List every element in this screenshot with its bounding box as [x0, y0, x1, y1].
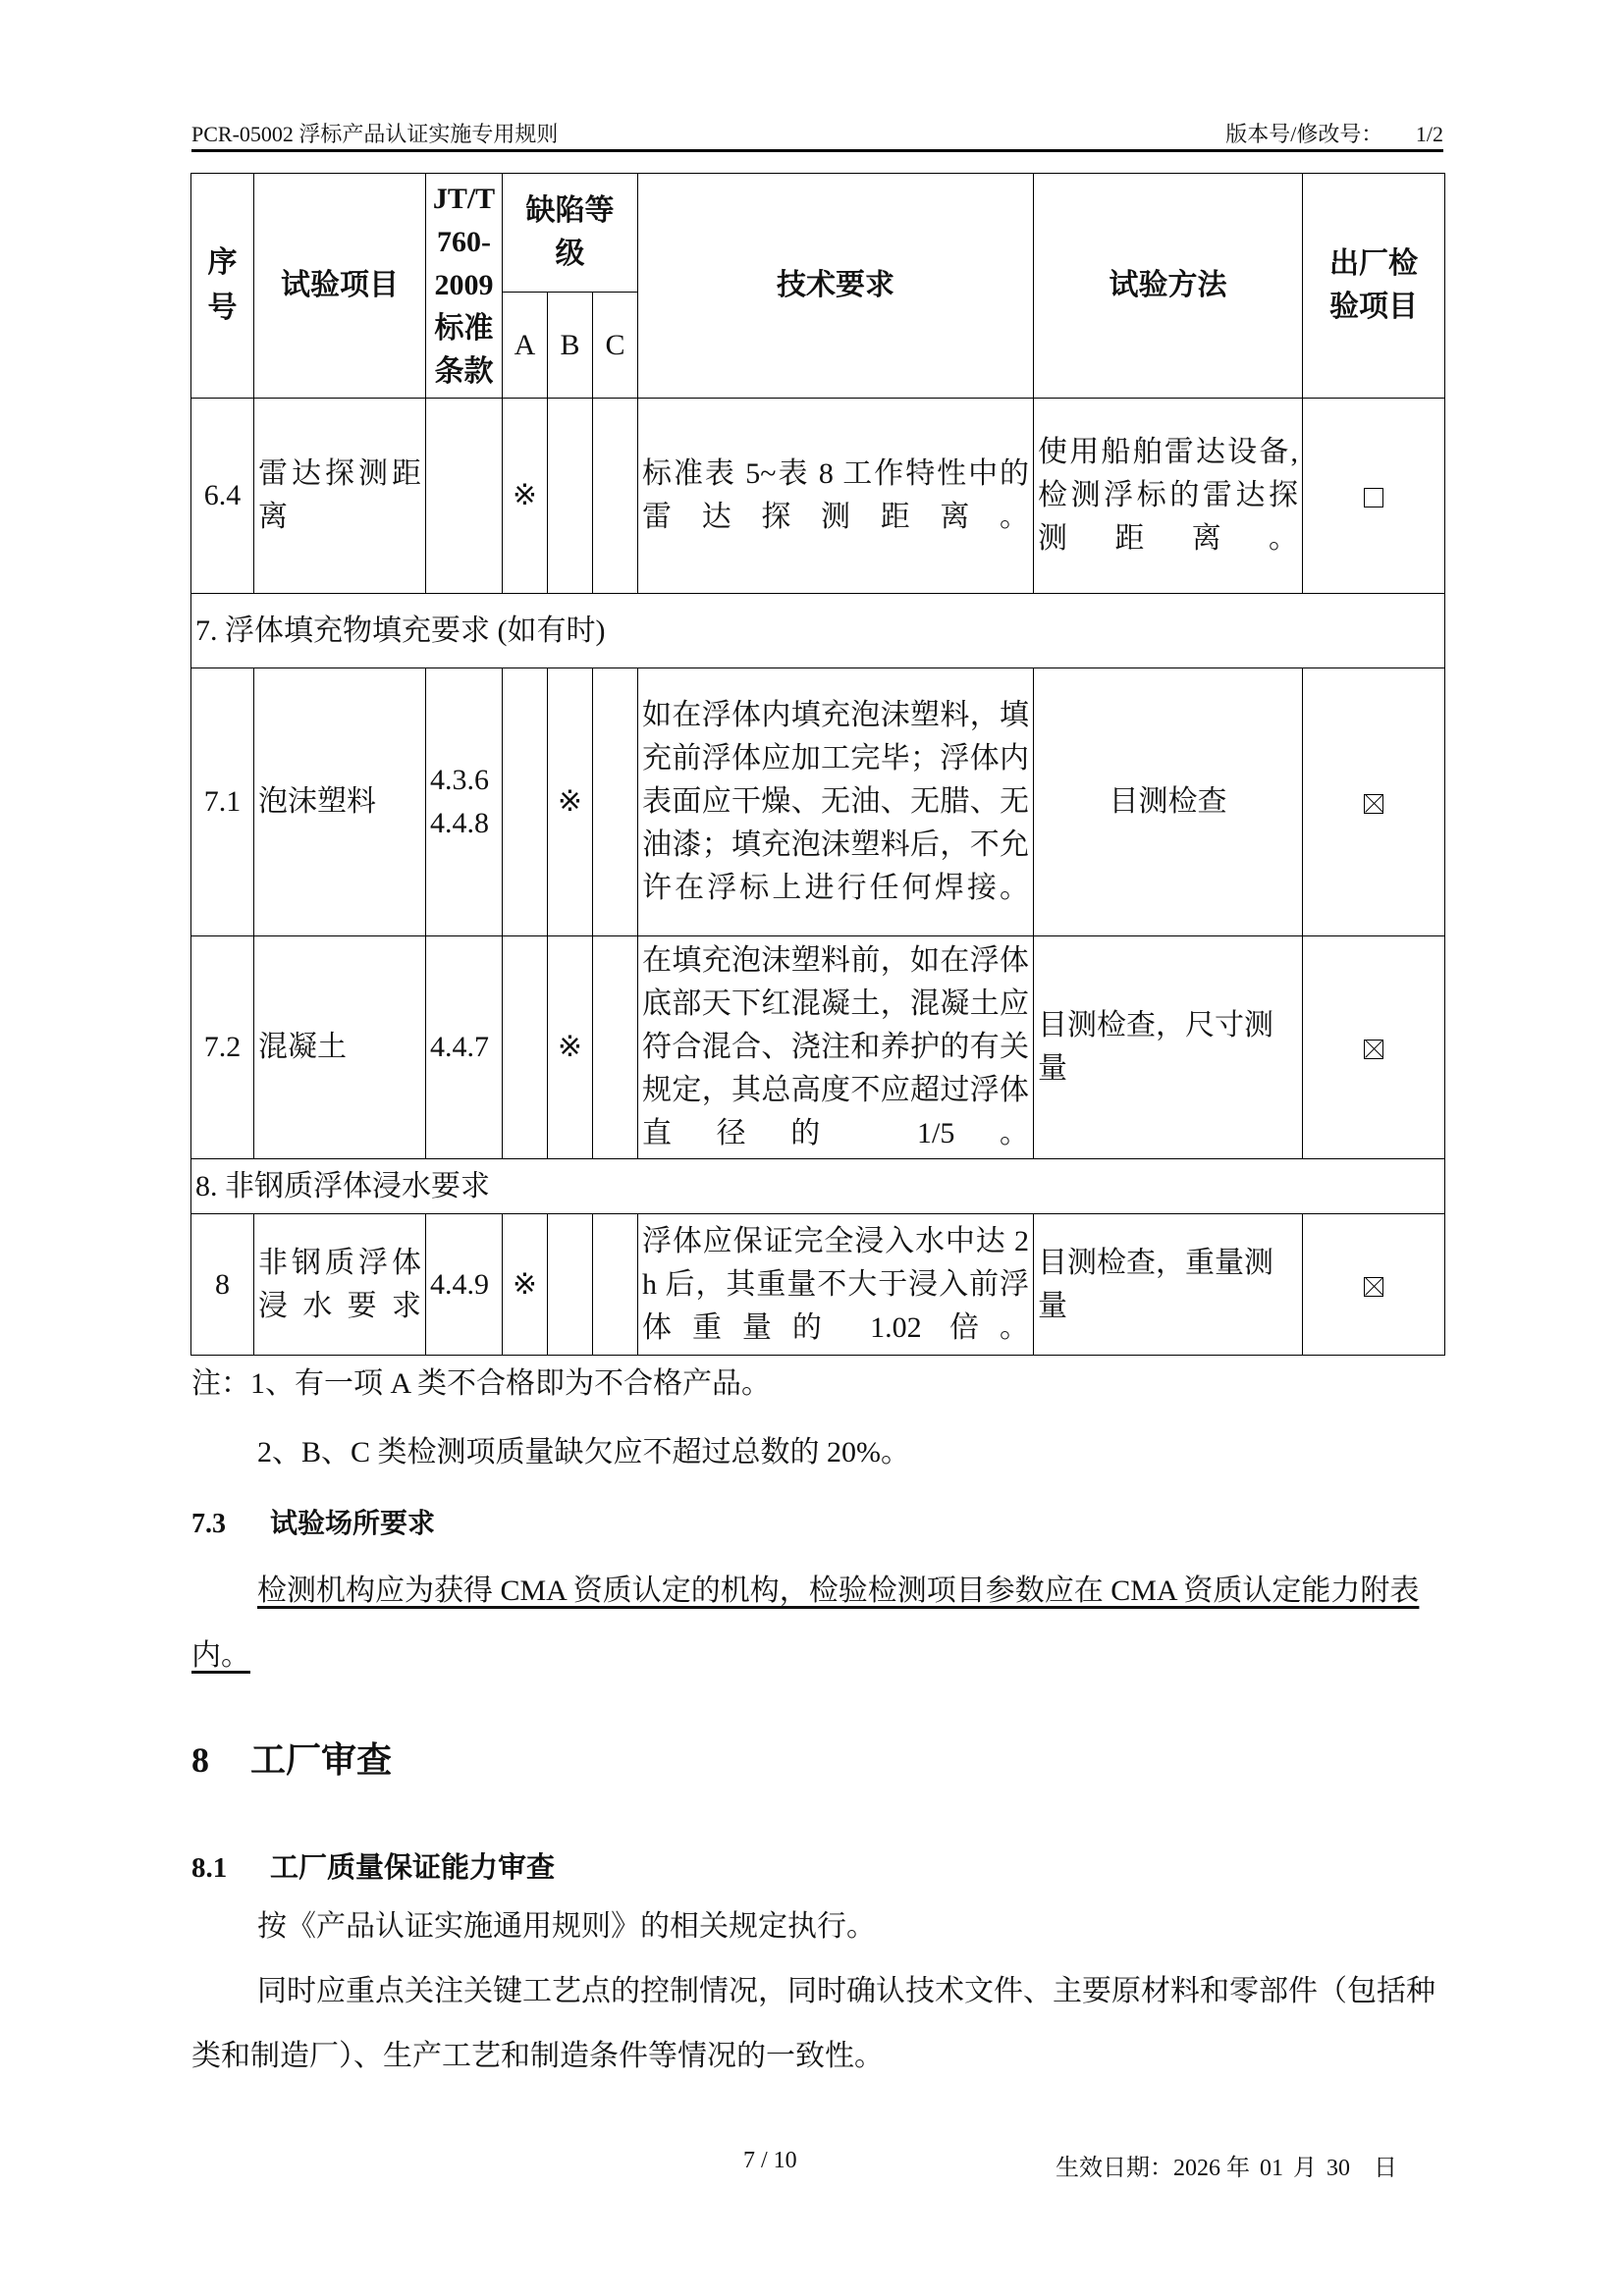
- section-8-1-heading: 8.1工厂质量保证能力审查: [191, 1845, 555, 1886]
- effective-label: 生效日期：: [1056, 2156, 1173, 2181]
- row-tech: 如在浮体内填充泡沫塑料，填充前浮体应加工完毕；浮体内表面应干燥、无油、无腊、无油…: [638, 668, 1034, 936]
- table-row: 7.2 混凝土 4.4.7 ※ 在填充泡沫塑料前，如在浮体底部天下红混凝土，混凝…: [191, 936, 1445, 1159]
- col-method: 试验方法: [1034, 174, 1303, 399]
- section-7-label: 7. 浮体填充物填充要求 (如有时): [191, 594, 1445, 668]
- table-row: 6.4 雷达探测距离 ※ 标准表 5~表 8 工作特性中的雷达探测距离。 使用船…: [191, 399, 1445, 594]
- grade-b-mark: ※: [548, 936, 593, 1159]
- col-factory: 出厂检验项目: [1303, 174, 1445, 399]
- section-number: 7.3: [191, 1509, 270, 1540]
- factory-check-cell: [1303, 399, 1445, 594]
- row-method: 目测检查，重量测量: [1034, 1214, 1303, 1356]
- row-method: 目测检查，尺寸测量: [1034, 936, 1303, 1159]
- section-7-3-text: 检测机构应为获得 CMA 资质认定的机构，检验检测项目参数应在 CMA 资质认定…: [191, 1575, 1419, 1672]
- section-title: 试验场所要求: [270, 1507, 435, 1539]
- row-std: 4.4.7: [426, 936, 503, 1159]
- col-grade-c: C: [593, 293, 638, 399]
- grade-b-cell: [548, 1214, 593, 1356]
- table-notes: 注：1、有一项 A 类不合格即为不合格产品。 2、B、C 类检测项质量缺欠应不超…: [191, 1362, 910, 1474]
- col-std: JT/T 760- 2009 标准 条款: [426, 174, 503, 399]
- section-title: 工厂审查: [250, 1740, 392, 1781]
- col-grade-b: B: [548, 293, 593, 399]
- row-std: 4.3.6 4.4.8: [426, 668, 503, 936]
- row-method: 使用船舶雷达设备,检测浮标的雷达探测距离。: [1034, 399, 1303, 594]
- row-tech: 在填充泡沫塑料前，如在浮体底部天下红混凝土，混凝土应符合混合、浇注和养护的有关规…: [638, 936, 1034, 1159]
- effective-date: 生效日期：2026 年 01 月 30 日: [1056, 2148, 1397, 2182]
- grade-a-mark: ※: [503, 1214, 548, 1356]
- section-row: 8. 非钢质浮体浸水要求: [191, 1159, 1445, 1214]
- row-item: 非钢质浮体浸水要求: [254, 1214, 426, 1356]
- note-2: 2、B、C 类检测项质量缺欠应不超过总数的 20%。: [191, 1431, 910, 1474]
- grade-a-cell: [503, 936, 548, 1159]
- unchecked-box-icon: [1364, 488, 1383, 507]
- effective-month: 01: [1260, 2156, 1283, 2181]
- checked-box-icon: [1364, 794, 1383, 814]
- section-title: 工厂质量保证能力审查: [270, 1850, 555, 1884]
- note-1: 注：1、有一项 A 类不合格即为不合格产品。: [191, 1362, 910, 1406]
- row-item: 雷达探测距离: [254, 399, 426, 594]
- row-item: 泡沫塑料: [254, 668, 426, 936]
- section-8-1-p2: 同时应重点关注关键工艺点的控制情况，同时确认技术文件、主要原材料和零部件（包括种…: [191, 1959, 1443, 2089]
- grade-c-cell: [593, 1214, 638, 1356]
- doc-title-text: 浮标产品认证实施专用规则: [298, 122, 558, 146]
- grade-a-cell: [503, 668, 548, 936]
- row-method: 目测检查: [1034, 668, 1303, 936]
- row-seq: 7.1: [191, 668, 254, 936]
- section-row: 7. 浮体填充物填充要求 (如有时): [191, 594, 1445, 668]
- row-seq: 6.4: [191, 399, 254, 594]
- grade-b-cell: [548, 399, 593, 594]
- std-line: 条款: [435, 354, 494, 389]
- doc-title: PCR-05002 浮标产品认证实施专用规则: [191, 118, 558, 148]
- row-std: 4.4.9: [426, 1214, 503, 1356]
- section-8-heading: 8工厂审查: [191, 1733, 392, 1783]
- section-7-3-body: 检测机构应为获得 CMA 资质认定的机构，检验检测项目参数应在 CMA 资质认定…: [191, 1559, 1443, 1688]
- section-number: 8.1: [191, 1852, 270, 1885]
- table-row: 7.1 泡沫塑料 4.3.6 4.4.8 ※ 如在浮体内填充泡沫塑料，填充前浮体…: [191, 668, 1445, 936]
- row-seq: 7.2: [191, 936, 254, 1159]
- inspection-table: 序号 试验项目 JT/T 760- 2009 标准 条款 缺陷等级 技术要求 试…: [190, 173, 1445, 1356]
- checked-box-icon: [1364, 1040, 1383, 1059]
- row-seq: 8: [191, 1214, 254, 1356]
- section-8-label: 8. 非钢质浮体浸水要求: [191, 1159, 1445, 1214]
- doc-code: PCR-05002: [191, 122, 294, 146]
- col-seq: 序号: [191, 174, 254, 399]
- col-defect-grade: 缺陷等级: [503, 174, 638, 293]
- row-item: 混凝土: [254, 936, 426, 1159]
- page-number: 7 / 10: [743, 2148, 797, 2174]
- checked-box-icon: [1364, 1277, 1383, 1297]
- page-header: PCR-05002 浮标产品认证实施专用规则 版本号/修改号： 1/2: [191, 116, 1443, 152]
- col-item: 试验项目: [254, 174, 426, 399]
- section-7-3-heading: 7.3试验场所要求: [191, 1502, 435, 1541]
- effective-day: 30: [1326, 2156, 1350, 2181]
- row-std: [426, 399, 503, 594]
- version-info: 版本号/修改号： 1/2: [1225, 118, 1443, 148]
- grade-c-cell: [593, 936, 638, 1159]
- effective-year: 2026: [1173, 2156, 1220, 2181]
- grade-b-mark: ※: [548, 668, 593, 936]
- factory-check-cell: [1303, 1214, 1445, 1356]
- grade-c-cell: [593, 668, 638, 936]
- table-header-row: 序号 试验项目 JT/T 760- 2009 标准 条款 缺陷等级 技术要求 试…: [191, 174, 1445, 293]
- month-unit: 月: [1293, 2156, 1317, 2181]
- version-label: 版本号/修改号：: [1225, 122, 1382, 146]
- table-row: 8 非钢质浮体浸水要求 4.4.9 ※ 浮体应保证完全浸入水中达 2h 后，其重…: [191, 1214, 1445, 1356]
- std-line: 标准: [435, 311, 494, 346]
- section-8-1-p1: 按《产品认证实施通用规则》的相关规定执行。: [191, 1895, 1443, 1959]
- std-line: JT/T: [433, 183, 495, 215]
- std-line: 760-: [437, 226, 491, 258]
- grade-c-cell: [593, 399, 638, 594]
- factory-check-cell: [1303, 936, 1445, 1159]
- col-grade-a: A: [503, 293, 548, 399]
- grade-a-mark: ※: [503, 399, 548, 594]
- version-value: 1/2: [1416, 122, 1443, 146]
- section-number: 8: [191, 1739, 250, 1781]
- col-tech: 技术要求: [638, 174, 1034, 399]
- row-tech: 标准表 5~表 8 工作特性中的雷达探测距离。: [638, 399, 1034, 594]
- day-unit: 日: [1374, 2156, 1397, 2181]
- row-tech: 浮体应保证完全浸入水中达 2h 后，其重量不大于浸入前浮体重量的 1.02 倍。: [638, 1214, 1034, 1356]
- factory-check-cell: [1303, 668, 1445, 936]
- std-line: 2009: [435, 269, 494, 301]
- year-unit: 年: [1226, 2156, 1250, 2181]
